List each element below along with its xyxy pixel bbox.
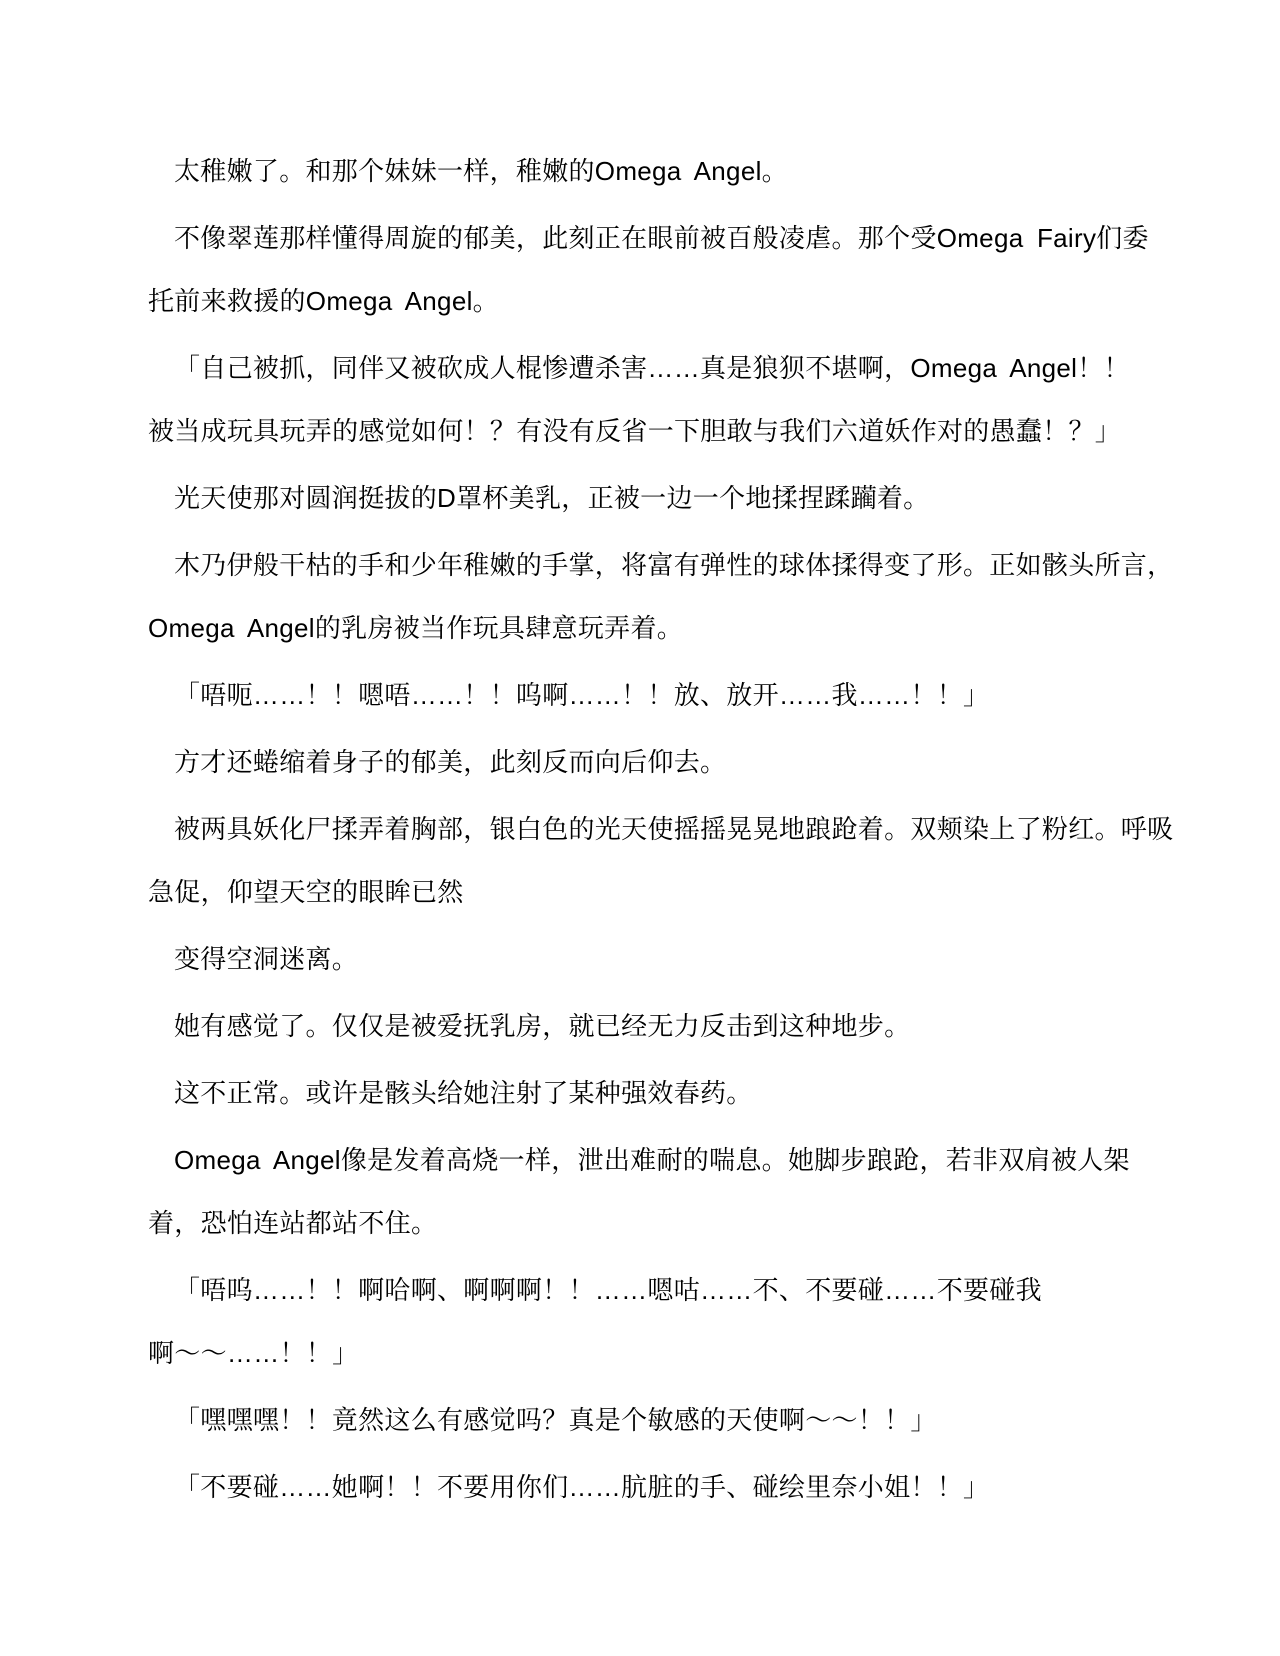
paragraph: 变得空洞迷离。 — [148, 928, 1148, 991]
text-line: 方才还蜷缩着身子的郁美，此刻反而向后仰去。 — [148, 731, 1148, 794]
text-line: 「自己被抓，同伴又被砍成人棍惨遭杀害……真是狼狈不堪啊，Omega Angel！… — [148, 337, 1148, 400]
text-line: 太稚嫩了。和那个妹妹一样，稚嫩的Omega Angel。 — [148, 140, 1148, 203]
text-line: 不像翠莲那样懂得周旋的郁美，此刻正在眼前被百般凌虐。那个受Omega Fairy… — [148, 207, 1148, 270]
paragraph: 她有感觉了。仅仅是被爱抚乳房，就已经无力反击到这种地步。 — [148, 995, 1148, 1058]
paragraph: 不像翠莲那样懂得周旋的郁美，此刻正在眼前被百般凌虐。那个受Omega Fairy… — [148, 207, 1148, 333]
paragraph: 这不正常。或许是骸头给她注射了某种强效春药。 — [148, 1062, 1148, 1125]
paragraph: 「唔呜……！！啊哈啊、啊啊啊！！……嗯咕……不、不要碰……不要碰我啊～～……！！… — [148, 1259, 1148, 1385]
text-area: 太稚嫩了。和那个妹妹一样，稚嫩的Omega Angel。不像翠莲那样懂得周旋的郁… — [148, 140, 1148, 1519]
text-line: Omega Angel像是发着高烧一样，泄出难耐的喘息。她脚步踉跄，若非双肩被人… — [148, 1129, 1148, 1192]
paragraph: 「自己被抓，同伴又被砍成人棍惨遭杀害……真是狼狈不堪啊，Omega Angel！… — [148, 337, 1148, 463]
text-line: 变得空洞迷离。 — [148, 928, 1148, 991]
paragraph: 方才还蜷缩着身子的郁美，此刻反而向后仰去。 — [148, 731, 1148, 794]
text-line: 「唔呃……！！嗯唔……！！呜啊……！！放、放开……我……！！」 — [148, 664, 1148, 727]
text-line: 被当成玩具玩弄的感觉如何！？有没有反省一下胆敢与我们六道妖作对的愚蠢！？」 — [148, 400, 1148, 463]
text-line: 她有感觉了。仅仅是被爱抚乳房，就已经无力反击到这种地步。 — [148, 995, 1148, 1058]
paragraph: 「不要碰……她啊！！不要用你们……肮脏的手、碰绘里奈小姐！！」 — [148, 1456, 1148, 1519]
text-line: Omega Angel的乳房被当作玩具肆意玩弄着。 — [148, 597, 1148, 660]
paragraph: 光天使那对圆润挺拔的D罩杯美乳，正被一边一个地揉捏蹂躏着。 — [148, 467, 1148, 530]
text-line: 「嘿嘿嘿！！竟然这么有感觉吗？真是个敏感的天使啊～～！！」 — [148, 1389, 1148, 1452]
text-line: 啊～～……！！」 — [148, 1322, 1148, 1385]
paragraph: 木乃伊般干枯的手和少年稚嫩的手掌，将富有弹性的球体揉得变了形。正如骸头所言，Om… — [148, 534, 1148, 660]
paragraph: 「唔呃……！！嗯唔……！！呜啊……！！放、放开……我……！！」 — [148, 664, 1148, 727]
text-line: 这不正常。或许是骸头给她注射了某种强效春药。 — [148, 1062, 1148, 1125]
text-line: 急促，仰望天空的眼眸已然 — [148, 861, 1148, 924]
text-line: 「唔呜……！！啊哈啊、啊啊啊！！……嗯咕……不、不要碰……不要碰我 — [148, 1259, 1148, 1322]
paragraph: Omega Angel像是发着高烧一样，泄出难耐的喘息。她脚步踉跄，若非双肩被人… — [148, 1129, 1148, 1255]
paragraph: 「嘿嘿嘿！！竟然这么有感觉吗？真是个敏感的天使啊～～！！」 — [148, 1389, 1148, 1452]
text-line: 着，恐怕连站都站不住。 — [148, 1192, 1148, 1255]
text-line: 托前来救援的Omega Angel。 — [148, 270, 1148, 333]
text-line: 木乃伊般干枯的手和少年稚嫩的手掌，将富有弹性的球体揉得变了形。正如骸头所言， — [148, 534, 1148, 597]
text-line: 被两具妖化尸揉弄着胸部，银白色的光天使摇摇晃晃地踉跄着。双颊染上了粉红。呼吸 — [148, 798, 1148, 861]
paragraph: 被两具妖化尸揉弄着胸部，银白色的光天使摇摇晃晃地踉跄着。双颊染上了粉红。呼吸急促… — [148, 798, 1148, 924]
novel-page: 太稚嫩了。和那个妹妹一样，稚嫩的Omega Angel。不像翠莲那样懂得周旋的郁… — [0, 0, 1280, 1656]
text-line: 「不要碰……她啊！！不要用你们……肮脏的手、碰绘里奈小姐！！」 — [148, 1456, 1148, 1519]
paragraph: 太稚嫩了。和那个妹妹一样，稚嫩的Omega Angel。 — [148, 140, 1148, 203]
text-line: 光天使那对圆润挺拔的D罩杯美乳，正被一边一个地揉捏蹂躏着。 — [148, 467, 1148, 530]
